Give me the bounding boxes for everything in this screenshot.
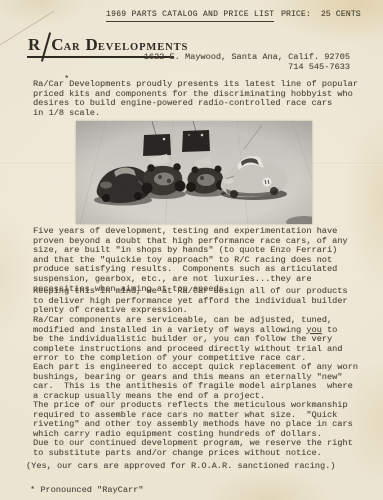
logo-letter-d: D — [86, 36, 98, 53]
paragraph-each-part: Each part is engineered to accept quick … — [33, 363, 358, 401]
logo-letter-c: C — [51, 36, 63, 53]
paragraph-due-to: Due to our continued development program… — [33, 439, 353, 458]
paragraph-components: Ra/Car components are serviceable, can b… — [33, 316, 342, 364]
paragraph-roar-approval: (Yes, our cars are approved for R.O.A.R.… — [26, 462, 335, 472]
paragraph-pricing: The price of our products reflects the m… — [33, 401, 353, 439]
logo-letter-r: R — [28, 36, 40, 53]
photo-grain — [76, 121, 312, 224]
address-line2: 714 545-7633 — [288, 62, 350, 72]
address-line1: 1622 E. Maywood, Santa Ana, Calif. 92705 — [144, 52, 350, 62]
logo-smallcaps-ar: AR — [64, 42, 81, 53]
product-photo — [76, 121, 312, 224]
scanned-catalog-page: 1969 PARTS CATALOG AND PRICE LIST PRICE:… — [0, 0, 383, 500]
page-title: 1969 PARTS CATALOG AND PRICE LIST — [106, 10, 274, 22]
price-label: PRICE: 25 CENTS — [281, 10, 361, 20]
company-logo: RCARDEVELOPMENTS — [28, 36, 188, 53]
paragraph-five-years: Five years of development, testing and e… — [33, 227, 348, 294]
paragraph-intro: Ra/Car Developments proudly presents its… — [33, 80, 358, 118]
company-address: 1622 E. Maywood, Santa Ana, Calif. 92705… — [144, 53, 350, 72]
paragraph-keeping-in-mind: Keeping this in mind, we at Ra/Car desig… — [33, 287, 348, 316]
pronunciation-footnote: * Pronounced "RayCarr" — [30, 486, 143, 496]
